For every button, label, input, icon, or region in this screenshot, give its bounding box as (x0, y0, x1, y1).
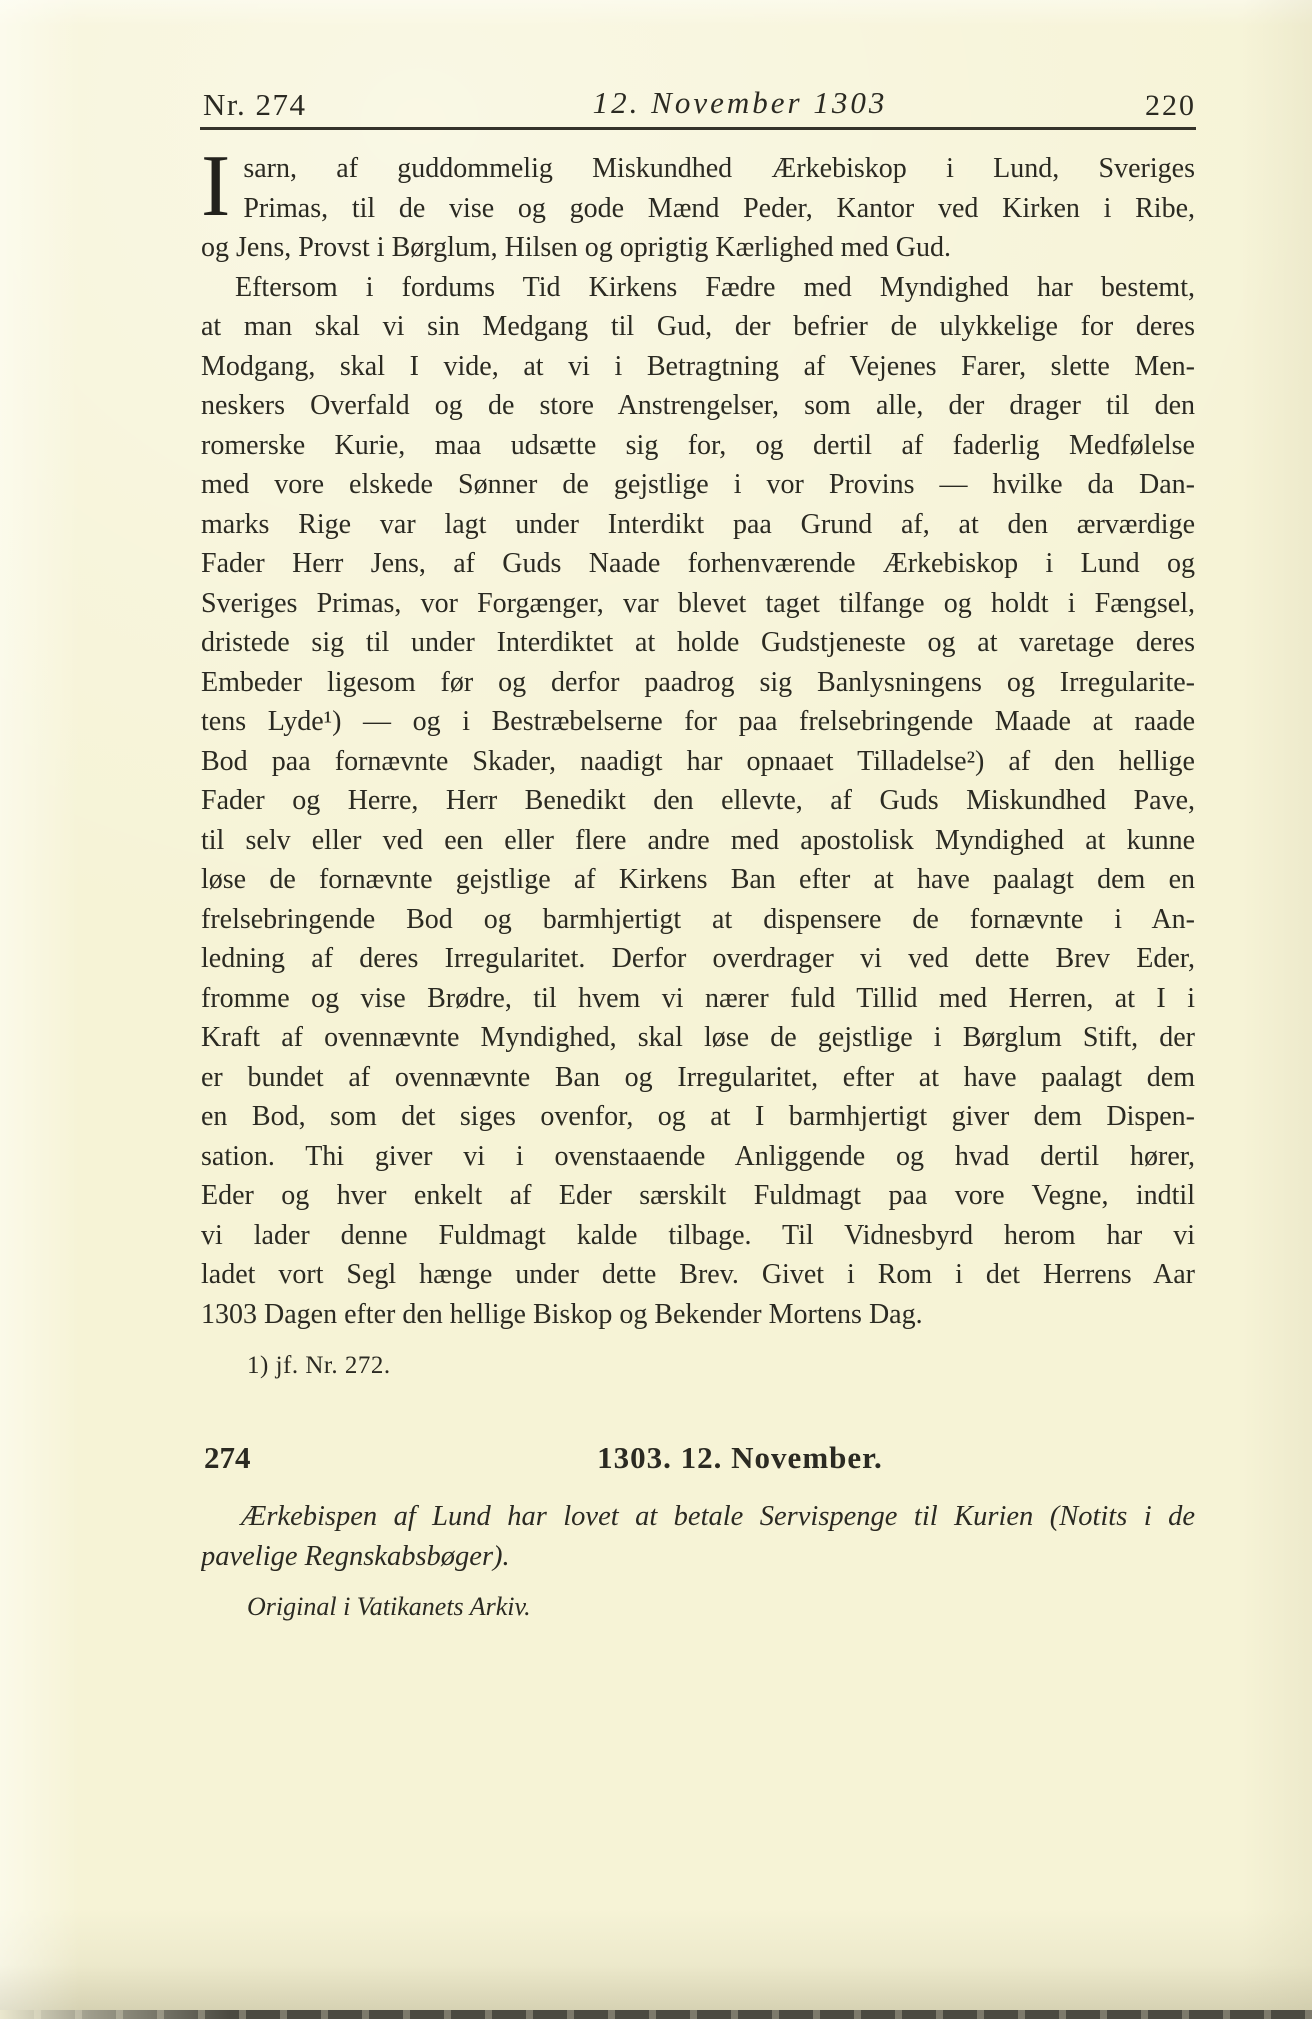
letter-line: sation. Thi giver vi i ovenstaaende Anli… (201, 1137, 1195, 1177)
book-page: { "colors": { "paper": "#f6f3d6", "ink":… (0, 0, 1312, 2019)
header-rule (200, 127, 1196, 130)
letter-paragraph-2: Eftersom i fordums Tid Kirkens Fædre med… (201, 268, 1195, 1335)
letter-line: Sveriges Primas, vor Forgænger, var blev… (201, 584, 1195, 624)
letter-line: er bundet af ovennævnte Ban og Irregular… (201, 1058, 1195, 1098)
letter-line: Fader Herr Jens, af Guds Naade forhenvær… (201, 544, 1195, 584)
letter-line: til selv eller ved een eller flere andre… (201, 821, 1195, 861)
paragraph-1-lines: sarn, af guddommelig Miskundhed Ærkebisk… (201, 149, 1195, 268)
letter-line: marks Rige var lagt under Interdikt paa … (201, 505, 1195, 545)
letter-line: Eder og hver enkelt af Eder særskilt Ful… (201, 1176, 1195, 1216)
letter-line: frelsebringende Bod og barmhjertigt at d… (201, 900, 1195, 940)
letter-line: en Bod, som det siges ovenfor, og at I b… (201, 1097, 1195, 1137)
letter-line: romerske Kurie, maa udsætte sig for, og … (201, 426, 1195, 466)
letter-line: tens Lyde¹) — og i Bestræbelserne for pa… (201, 702, 1195, 742)
letter-line: og Jens, Provst i Børglum, Hilsen og opr… (201, 228, 1195, 268)
letter-line: Fader og Herre, Herr Benedikt den ellevt… (201, 781, 1195, 821)
letter-line: fromme og vise Brødre, til hvem vi nærer… (201, 979, 1195, 1019)
letter-line: Embeder ligesom før og derfor paadrog si… (201, 663, 1195, 703)
footnote: 1) jf. Nr. 272. (247, 1352, 391, 1380)
bottom-scan-edge (0, 2010, 1312, 2019)
letter-line: ledning af deres Irregularitet. Derfor o… (201, 939, 1195, 979)
letter-body: I sarn, af guddommelig Miskundhed Ærkebi… (201, 149, 1195, 1334)
letter-line: Bod paa fornævnte Skader, naadigt har op… (201, 742, 1195, 782)
letter-line: vi lader denne Fuldmagt kalde tilbage. T… (201, 1216, 1195, 1256)
bottom-scan-shadow (0, 1965, 1312, 2011)
entry-summary-line: Ærkebispen af Lund har lovet at betale S… (201, 1497, 1195, 1537)
entry-summary: Ærkebispen af Lund har lovet at betale S… (201, 1497, 1195, 1576)
letter-line: ladet vort Segl hænge under dette Brev. … (201, 1255, 1195, 1295)
letter-line: Kraft af ovennævnte Myndighed, skal løse… (201, 1018, 1195, 1058)
letter-line: Primas, til de vise og gode Mænd Peder, … (243, 189, 1195, 229)
letter-paragraph-1: I sarn, af guddommelig Miskundhed Ærkebi… (201, 149, 1195, 268)
letter-line: løse de fornævnte gejstlige af Kirkens B… (201, 860, 1195, 900)
entry-number: 274 (204, 1440, 251, 1476)
letter-line: dristede sig til under Interdiktet at ho… (201, 623, 1195, 663)
entry-source: Original i Vatikanets Arkiv. (247, 1592, 531, 1622)
page-number: 220 (1130, 89, 1196, 123)
letter-line: med vore elskede Sønner de gejstlige i v… (201, 465, 1195, 505)
letter-line: Eftersom i fordums Tid Kirkens Fædre med… (201, 268, 1195, 308)
entry-summary-line: pavelige Regnskabsbøger). (201, 1537, 1195, 1577)
drop-cap: I (201, 149, 243, 225)
entry-date-heading: 1303. 12. November. (290, 1440, 1190, 1476)
letter-line: 1303 Dagen efter den hellige Biskop og B… (201, 1295, 1195, 1335)
letter-line: at man skal vi sin Medgang til Gud, der … (201, 307, 1195, 347)
letter-line: sarn, af guddommelig Miskundhed Ærkebisk… (243, 149, 1195, 189)
letter-line: neskers Overfald og de store Anstrengels… (201, 386, 1195, 426)
header-date: 12. November 1303 (290, 85, 1190, 121)
letter-line: Modgang, skal I vide, at vi i Betragtnin… (201, 347, 1195, 387)
